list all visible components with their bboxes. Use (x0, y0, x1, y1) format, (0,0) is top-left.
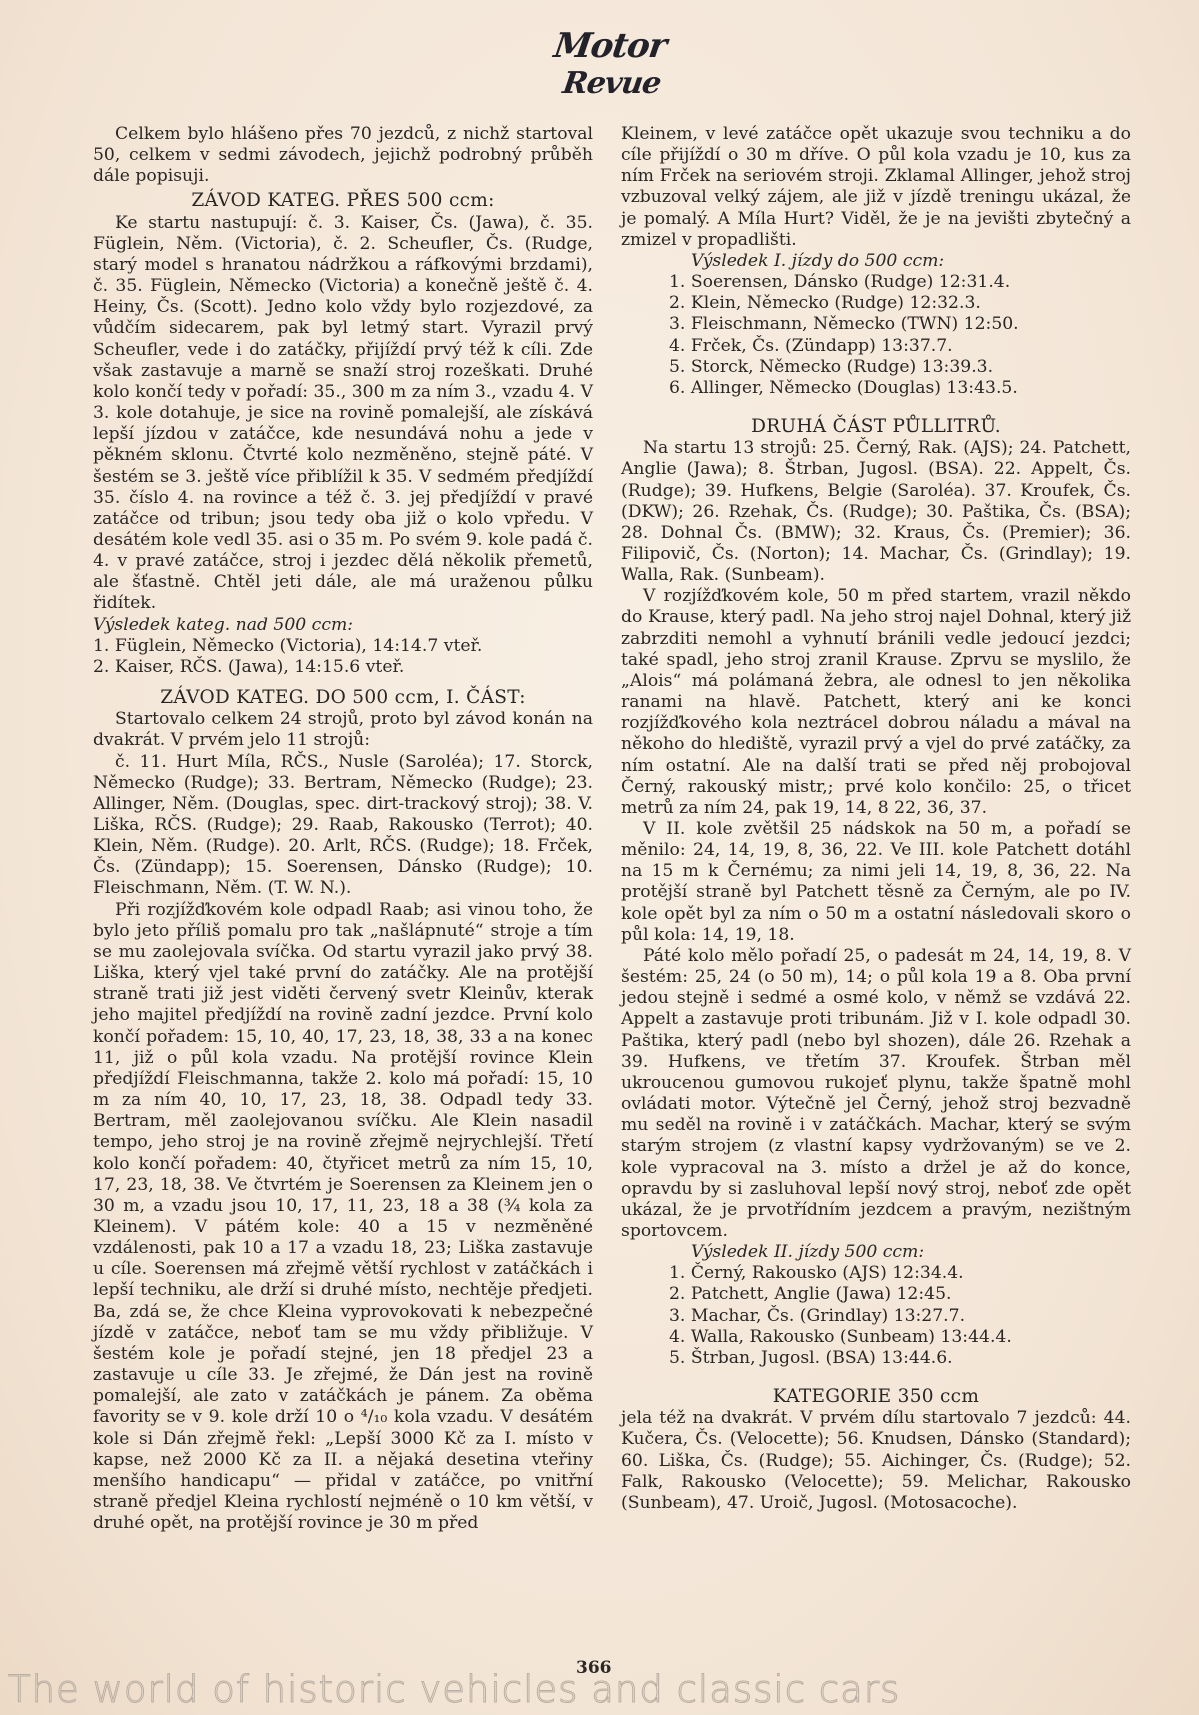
right-column: Kleinem, v levé zatáčce opět ukazuje svo… (621, 124, 1131, 1514)
paragraph: V II. kole zvětšil 25 nádskok na 50 m, a… (621, 819, 1131, 946)
result-item: 6. Allinger, Německo (Douglas) 13:43.5. (621, 378, 1131, 399)
result-title: Výsledek I. jízdy do 500 ccm: (621, 251, 1131, 272)
results-list: 1. Černý, Rakousko (AJS) 12:34.4. 2. Pat… (621, 1263, 1131, 1369)
result-item: 3. Machar, Čs. (Grindlay) 13:27.7. (621, 1306, 1131, 1327)
result-item: 1. Černý, Rakousko (AJS) 12:34.4. (621, 1263, 1131, 1284)
section-heading-350: KATEGORIE 350 ccm (621, 1386, 1131, 1407)
results-list: 1. Soerensen, Dánsko (Rudge) 12:31.4. 2.… (621, 272, 1131, 399)
result-item: 2. Kaiser, RČS. (Jawa), 14:15.6 vteř. (93, 657, 593, 678)
result-item: 5. Štrban, Jugosl. (BSA) 13:44.6. (621, 1348, 1131, 1369)
result-item: 4. Frček, Čs. (Zündapp) 13:37.7. (621, 336, 1131, 357)
result-item: 1. Füglein, Německo (Victoria), 14:14.7 … (93, 636, 593, 657)
paragraph: Ke startu nastupují: č. 3. Kaiser, Čs. (… (93, 213, 593, 615)
result-item: 4. Walla, Rakousko (Sunbeam) 13:44.4. (621, 1327, 1131, 1348)
section-heading-over-500: ZÁVOD KATEG. PŘES 500 ccm: (93, 190, 593, 211)
section-heading-under-500-part1: ZÁVOD KATEG. DO 500 ccm, I. ČÁST: (93, 687, 593, 708)
result-title: Výsledek II. jízdy 500 ccm: (621, 1242, 1131, 1263)
logo-line-1: Motor (551, 26, 668, 66)
result-item: 2. Klein, Německo (Rudge) 12:32.3. (621, 293, 1131, 314)
paragraph: Páté kolo mělo pořadí 25, o padesát m 24… (621, 946, 1131, 1242)
section-heading-second-part: DRUHÁ ČÁST PŮLLITRŮ. (621, 416, 1131, 437)
watermark-text: The world of historic vehicles and class… (8, 1668, 900, 1711)
paragraph-continued: Kleinem, v levé zatáčce opět ukazuje svo… (621, 124, 1131, 251)
paragraph: V rozjížďkovém kole, 50 m před startem, … (621, 586, 1131, 819)
paragraph: Na startu 13 strojů: 25. Černý, Rak. (AJ… (621, 438, 1131, 586)
paragraph: Startovalo celkem 24 strojů, proto byl z… (93, 709, 593, 751)
result-title-text: Výsledek kateg. nad 500 ccm: (93, 615, 353, 635)
result-item: 2. Patchett, Anglie (Jawa) 12:45. (621, 1284, 1131, 1305)
intro-paragraph: Celkem bylo hlášeno přes 70 jezdců, z ni… (93, 124, 593, 187)
paragraph: č. 11. Hurt Míla, RČS., Nusle (Saroléa);… (93, 752, 593, 900)
result-title: Výsledek kateg. nad 500 ccm: (93, 615, 593, 636)
paragraph: jela též na dvakrát. V prvém dílu starto… (621, 1408, 1131, 1514)
paragraph: Při rozjížďkovém kole odpadl Raab; asi v… (93, 900, 593, 1535)
magazine-logo: Motor Revue (542, 22, 693, 102)
results-list: 1. Füglein, Německo (Victoria), 14:14.7 … (93, 636, 593, 678)
logo-line-2: Revue (561, 66, 663, 101)
result-item: 3. Fleischmann, Německo (TWN) 12:50. (621, 314, 1131, 335)
result-item: 1. Soerensen, Dánsko (Rudge) 12:31.4. (621, 272, 1131, 293)
result-item: 5. Storck, Německo (Rudge) 13:39.3. (621, 357, 1131, 378)
left-column: Celkem bylo hlášeno přes 70 jezdců, z ni… (93, 124, 593, 1534)
